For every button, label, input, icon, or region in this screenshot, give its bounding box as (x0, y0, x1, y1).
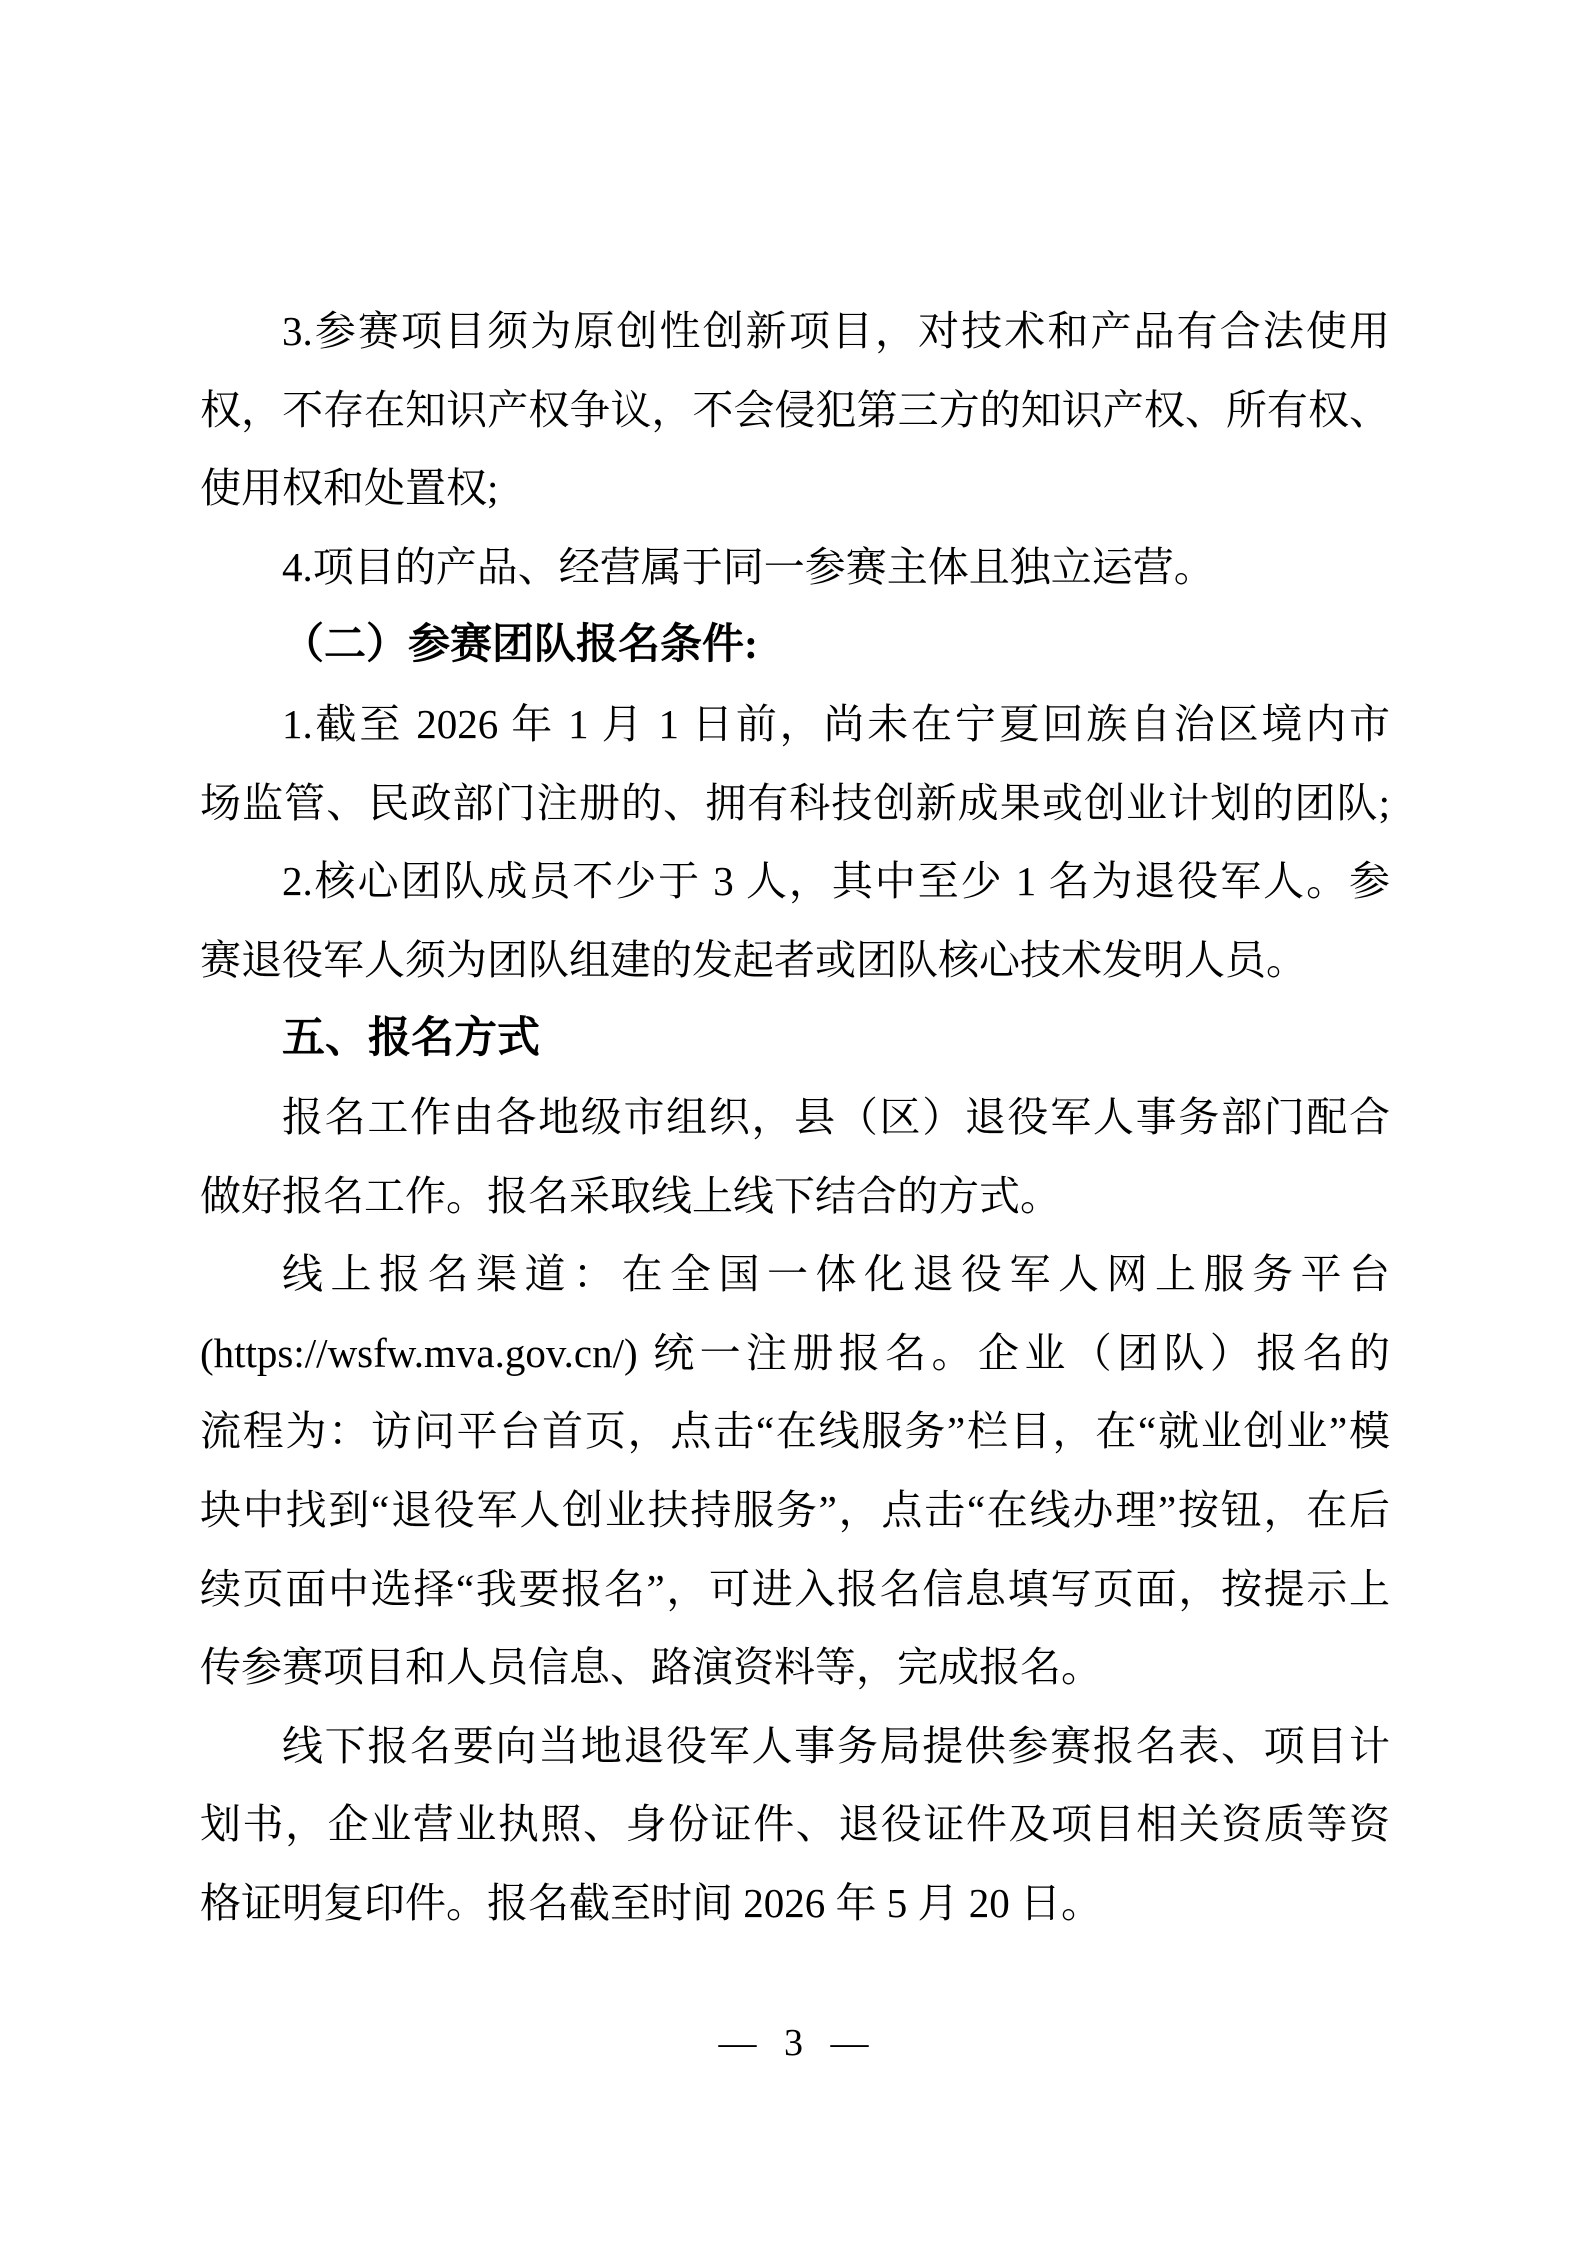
text-line: 流程为：访问平台首页，点击“在线服务”栏目，在“就业创业”模 (200, 1392, 1390, 1471)
text-line: 赛退役军人须为团队组建的发起者或团队核心技术发明人员。 (200, 921, 1390, 1000)
text-line: (https://wsfw.mva.gov.cn/) 统一注册报名。企业（团队）… (200, 1314, 1390, 1393)
page-number: — 3 — (0, 2018, 1587, 2068)
text-line: 权，不存在知识产权争议，不会侵犯第三方的知识产权、所有权、 (200, 371, 1390, 450)
text-line: 格证明复印件。报名截至时间 2026 年 5 月 20 日。 (200, 1864, 1390, 1943)
text-line: 划书，企业营业执照、身份证件、退役证件及项目相关资质等资 (200, 1785, 1390, 1864)
text-line: 块中找到“退役军人创业扶持服务”，点击“在线办理”按钮，在后 (200, 1471, 1390, 1550)
text-line: 传参赛项目和人员信息、路演资料等，完成报名。 (200, 1628, 1390, 1707)
document-page: 3.参赛项目须为原创性创新项目，对技术和产品有合法使用 权，不存在知识产权争议，… (0, 0, 1587, 2245)
text-line: 使用权和处置权; (200, 449, 1390, 528)
text-line: 报名工作由各地级市组织，县（区）退役军人事务部门配合 (200, 1078, 1390, 1157)
text-line: 续页面中选择“我要报名”，可进入报名信息填写页面，按提示上 (200, 1550, 1390, 1629)
text-line: 做好报名工作。报名采取线上线下结合的方式。 (200, 1157, 1390, 1236)
section-heading-registration-method: 五、报名方式 (200, 999, 1390, 1078)
text-line: 线下报名要向当地退役军人事务局提供参赛报名表、项目计 (200, 1707, 1390, 1786)
text-line: 2.核心团队成员不少于 3 人，其中至少 1 名为退役军人。参 (200, 842, 1390, 921)
text-line: 场监管、民政部门注册的、拥有科技创新成果或创业计划的团队; (200, 764, 1390, 843)
text-line: 3.参赛项目须为原创性创新项目，对技术和产品有合法使用 (200, 292, 1390, 371)
text-line: 线上报名渠道：在全国一体化退役军人网上服务平台 (200, 1235, 1390, 1314)
text-line: 1.截至 2026 年 1 月 1 日前，尚未在宁夏回族自治区境内市 (200, 685, 1390, 764)
text-line: 4.项目的产品、经营属于同一参赛主体且独立运营。 (200, 528, 1390, 607)
section-heading-team-conditions: （二）参赛团队报名条件: (200, 606, 1390, 685)
document-body: 3.参赛项目须为原创性创新项目，对技术和产品有合法使用 权，不存在知识产权争议，… (200, 292, 1390, 1942)
